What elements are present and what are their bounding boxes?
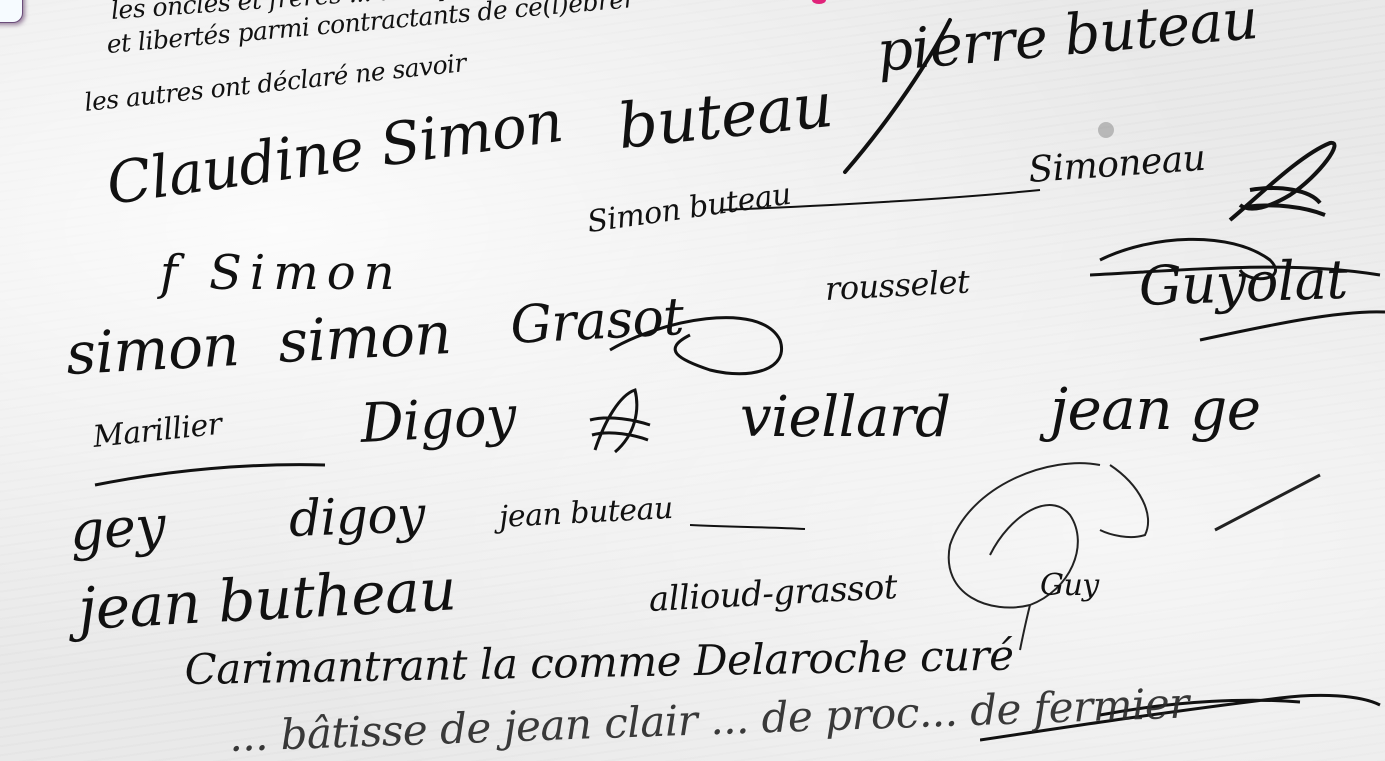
paper-stain — [1098, 122, 1114, 138]
signature-f-simon: f Simon — [160, 245, 403, 301]
signature-delaroche-cure: Carimantrant la comme Delaroche curé — [184, 631, 1014, 694]
simoneau-paraph — [1220, 135, 1350, 235]
signature-viellard: viellard — [740, 385, 951, 450]
digoy-paraph — [580, 380, 660, 460]
signature-gey: gey — [68, 493, 168, 563]
marker-dot — [812, 0, 826, 4]
signature-rousselet: rousselet — [824, 262, 970, 308]
scanned-document-page: les oncles et frères ... aux qui ont, et… — [0, 0, 1385, 761]
guy-loop-flourish — [930, 455, 1170, 655]
signature-jean-ge: jean ge — [1050, 375, 1261, 443]
diagonal-stroke — [1200, 470, 1330, 540]
signature-digoy: Digoy — [359, 384, 518, 455]
signature-pierre-buteau: pierre buteau — [874, 0, 1260, 85]
signature-simon-buteau: Simon buteau — [585, 177, 793, 240]
signature-guy: Guy — [1040, 568, 1099, 603]
signature-simon-2: simon — [276, 299, 452, 376]
signature-grasot: Grasot — [509, 287, 685, 356]
signature-jean-butheau: jean butheau — [76, 555, 457, 643]
signature-guyolat: Guyolat — [1138, 248, 1349, 318]
signature-allioud-grassot: allioud-grassot — [648, 567, 898, 620]
signature-simon-1: simon — [64, 311, 240, 388]
text-line-bottom: ... bâtisse de jean clair ... de proc...… — [228, 679, 1189, 761]
jean-buteau-underline — [690, 515, 810, 535]
signature-digoy-2: digoy — [288, 485, 426, 548]
signature-simoneau: Simoneau — [1027, 138, 1207, 191]
corner-window-widget[interactable] — [0, 0, 23, 23]
signature-marillier: Marillier — [91, 407, 223, 455]
signature-jean-buteau: jean buteau — [498, 491, 673, 535]
signature-buteau: buteau — [614, 68, 836, 163]
